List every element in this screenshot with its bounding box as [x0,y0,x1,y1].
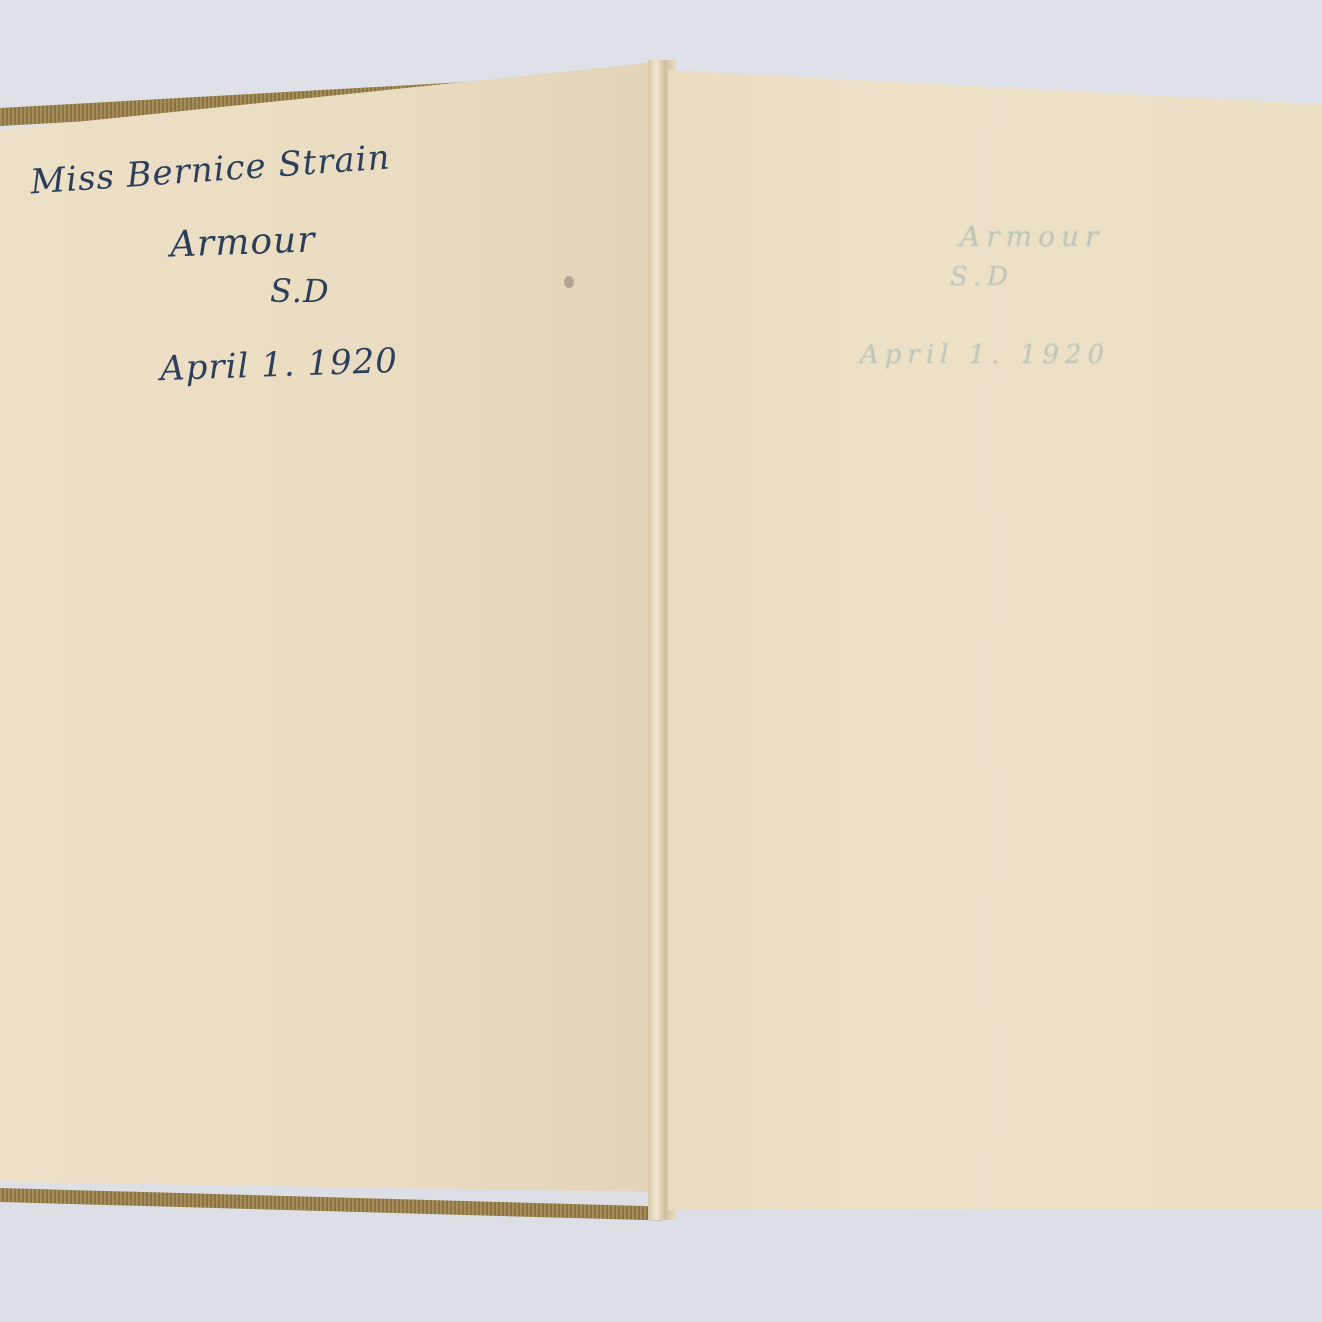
left-endpaper [0,62,658,1192]
offset-ink-town: Armour [960,220,1104,253]
photo-scene: Miss Bernice Strain Armour S.D April 1. … [0,0,1322,1322]
offset-ink-state: S.D [950,262,1014,292]
ink-spot [564,276,574,288]
cover-cloth-edge-bottom [0,1188,662,1220]
offset-ink-date: April 1. 1920 [860,340,1110,370]
inscription-date: April 1. 1920 [159,341,398,389]
inscription-state: S.D [270,272,330,310]
inscription-town: Armour [169,219,316,265]
